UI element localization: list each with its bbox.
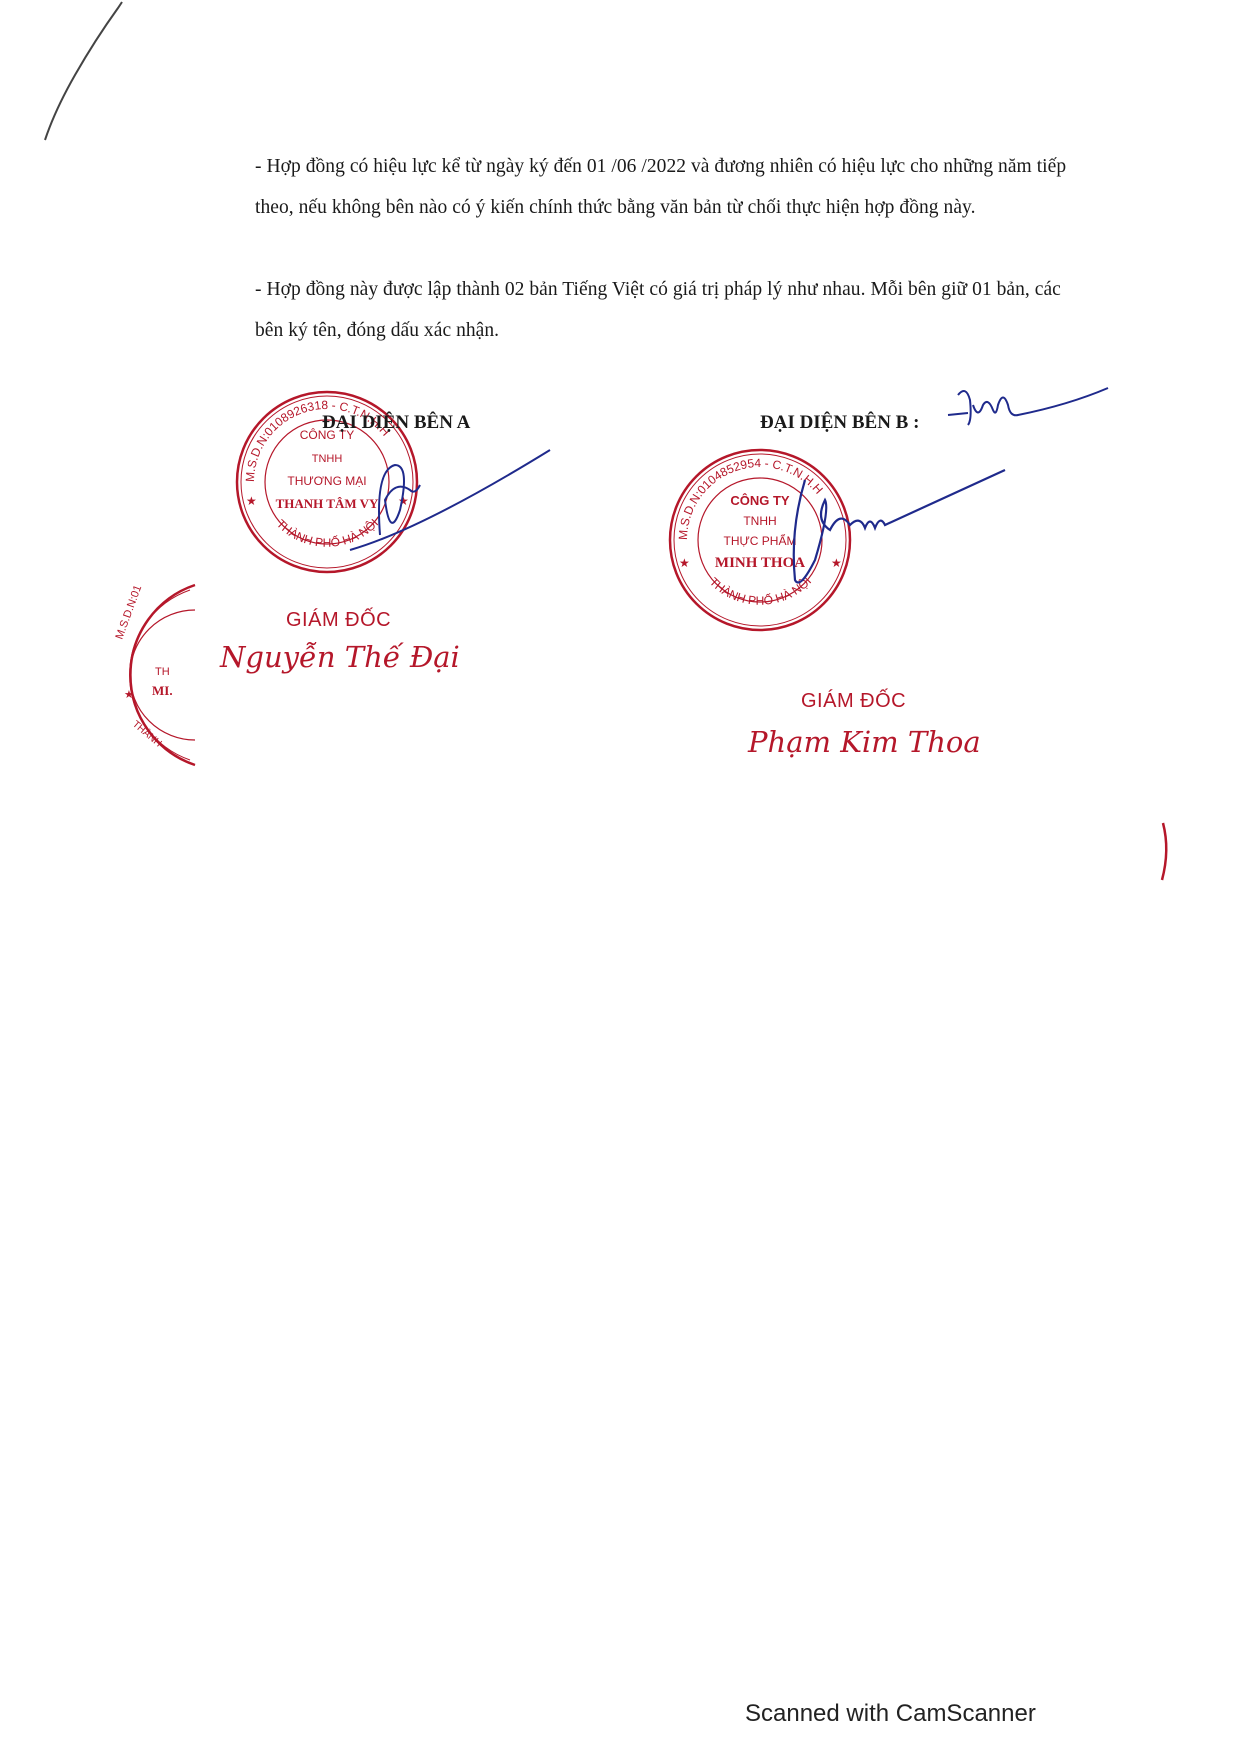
svg-text:★: ★ — [124, 689, 134, 701]
svg-text:TNHH: TNHH — [312, 453, 343, 465]
scanner-watermark: Scanned with CamScanner — [745, 1700, 1036, 1728]
pen-stroke-mark — [0, 0, 200, 200]
svg-text:★: ★ — [679, 556, 690, 570]
validity-clause: - Hợp đồng có hiệu lực kể từ ngày ký đến… — [255, 146, 1085, 228]
party-a-title: GIÁM ĐỐC — [286, 609, 391, 632]
partial-stamp: M.S.D.N:01 TH MI. ★ THÀNH — [110, 580, 200, 770]
party-a-name: Nguyễn Thế Đại — [220, 640, 460, 674]
party-b-name: Phạm Kim Thoa — [748, 725, 981, 759]
signature-b — [770, 470, 1010, 600]
party-b-title: GIÁM ĐỐC — [801, 690, 906, 713]
red-edge-mark — [1160, 820, 1180, 890]
svg-text:MI.: MI. — [152, 683, 173, 698]
svg-text:THÀNH: THÀNH — [130, 717, 165, 749]
party-a-heading: ĐẠI DIỆN BÊN A — [322, 412, 470, 434]
party-b-heading: ĐẠI DIỆN BÊN B : — [760, 412, 919, 434]
copies-clause: - Hợp đồng này được lập thành 02 bản Tiế… — [255, 269, 1085, 351]
signature-a — [340, 440, 560, 560]
initial-mark-b — [948, 385, 1108, 445]
svg-text:TH: TH — [155, 666, 170, 678]
svg-text:★: ★ — [246, 494, 257, 508]
